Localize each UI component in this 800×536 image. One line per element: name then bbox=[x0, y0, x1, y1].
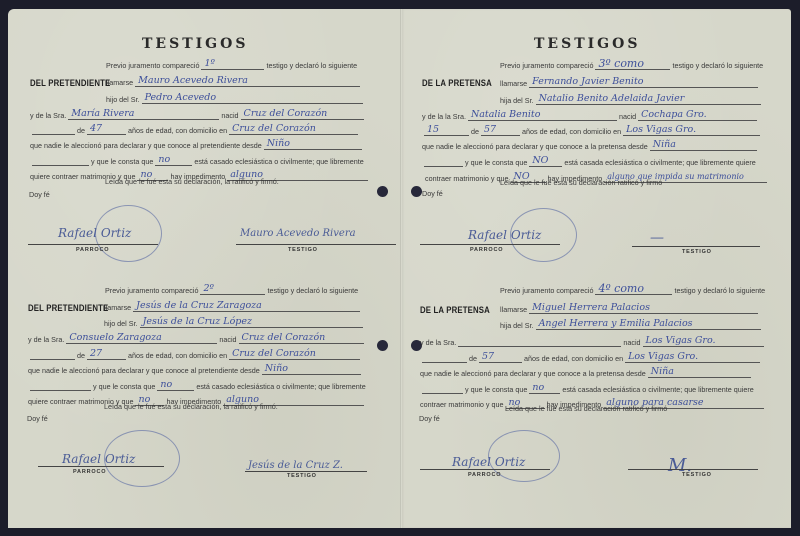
consta-line: y que le consta que NO está casada ecles… bbox=[422, 156, 756, 167]
label: que nadie le aleccionó para declarar y q… bbox=[422, 142, 648, 151]
mother-field bbox=[458, 336, 621, 347]
label: Previo juramento compareció bbox=[106, 61, 199, 70]
doy-fe: Doy fé bbox=[419, 414, 440, 423]
domicile-field: Cruz del Corazón bbox=[229, 124, 358, 135]
madre-line: y de la Sra. María Rivera nacid Cruz del… bbox=[30, 109, 366, 120]
punch-hole bbox=[377, 340, 388, 351]
hijo-line: hijo del Sr. Pedro Acevedo bbox=[106, 93, 365, 104]
parroco-label: PARROCO bbox=[73, 469, 106, 475]
parroco-line bbox=[28, 244, 158, 245]
compareció-field: 4º como bbox=[595, 284, 672, 295]
testigo-label: TESTIGO bbox=[682, 472, 712, 478]
label: llamarse bbox=[106, 78, 133, 87]
testigo-line bbox=[245, 471, 367, 472]
edad-line: de 27 años de edad, con domicilio en Cru… bbox=[28, 349, 362, 360]
madre-line: y de la la Sra. Natalia Benito nacid Coc… bbox=[422, 110, 759, 121]
name-field: Mauro Acevedo Rivera bbox=[135, 76, 360, 87]
label: años de edad, con domicilio en bbox=[522, 127, 621, 136]
page-fold bbox=[400, 9, 402, 528]
role-label: DE LA PRETENSA bbox=[422, 78, 492, 89]
parroco-line bbox=[420, 469, 550, 470]
label: años de edad, con domicilio en bbox=[524, 354, 623, 363]
date-field bbox=[32, 124, 75, 135]
label: años de edad, con domicilio en bbox=[128, 126, 227, 135]
consta-field: no bbox=[157, 380, 194, 391]
label: contraer matrimonio y que bbox=[425, 174, 509, 183]
label: testigo y declaró lo siguiente bbox=[674, 286, 765, 295]
birthplace-field: Cruz del Corazón bbox=[239, 333, 364, 344]
mother-field: Natalia Benito bbox=[468, 110, 617, 121]
parroco-label: PARROCO bbox=[468, 472, 501, 478]
leida-text: Leída que le fué esta su declaración rat… bbox=[505, 404, 667, 413]
label: de bbox=[77, 351, 85, 360]
parroco-label: PARROCO bbox=[470, 247, 503, 253]
label: que nadie le aleccionó para declarar y q… bbox=[30, 141, 262, 150]
label: de bbox=[471, 127, 479, 136]
label: nacid bbox=[221, 111, 238, 120]
llamarse-line: llamarse Miguel Herrera Palacios bbox=[500, 303, 760, 314]
father-field: Natalio Benito Adelaida Javier bbox=[536, 94, 761, 105]
page-title-left: TESTIGOS bbox=[142, 36, 248, 52]
label: está casado eclesiástica o civilmente; q… bbox=[194, 157, 363, 166]
parroco-signature: Rafael Ortiz bbox=[58, 226, 131, 240]
llamarse-line: llamarse Fernando Javier Benito bbox=[500, 77, 760, 88]
since-field: Niño bbox=[264, 139, 362, 150]
doy-fe: Doy fé bbox=[27, 414, 48, 423]
hija-line: hija del Sr. Angel Herrera y Emilia Pala… bbox=[500, 319, 763, 330]
hija-line: hija del Sr. Natalio Benito Adelaida Jav… bbox=[500, 94, 763, 105]
birthplace-field: Cochapa Gro. bbox=[638, 110, 757, 121]
name-field: Miguel Herrera Palacios bbox=[529, 303, 758, 314]
label: testigo y declaró lo siguiente bbox=[267, 286, 358, 295]
since-field: Niña bbox=[648, 367, 751, 378]
compareció-line: Previo juramento compareció 3º como test… bbox=[500, 59, 763, 70]
testigo-label: TESTIGO bbox=[287, 473, 317, 479]
label: hija del Sr. bbox=[500, 321, 534, 330]
label: hijo del Sr. bbox=[106, 95, 140, 104]
testigo-line bbox=[632, 246, 760, 247]
madre-line: y de la Sra. Consuelo Zaragoza nacid Cru… bbox=[28, 333, 366, 344]
parroco-signature: Rafael Ortiz bbox=[452, 455, 525, 469]
page-title-right: TESTIGOS bbox=[534, 36, 640, 52]
father-field: Angel Herrera y Emilia Palacios bbox=[536, 319, 761, 330]
parroco-label: PARROCO bbox=[76, 247, 109, 253]
label: nacid bbox=[623, 338, 640, 347]
label: hijo del Sr. bbox=[104, 319, 138, 328]
compareció-field: 3º como bbox=[595, 59, 670, 70]
testigo-line bbox=[628, 469, 758, 470]
parroco-signature: Rafael Ortiz bbox=[468, 228, 541, 242]
domicile-field: Cruz del Corazón bbox=[229, 349, 360, 360]
date-field bbox=[30, 349, 75, 360]
consta-line: y que le consta que no está casada ecles… bbox=[420, 383, 754, 394]
blank-field bbox=[424, 156, 463, 167]
llamarse-line: llamarse Mauro Acevedo Rivera bbox=[106, 76, 362, 87]
age-field: 57 bbox=[479, 352, 522, 363]
label: de bbox=[469, 354, 477, 363]
consta-field: NO bbox=[529, 156, 562, 167]
name-field: Fernando Javier Benito bbox=[529, 77, 758, 88]
consta-field: no bbox=[529, 383, 560, 394]
label: y de la Sra. bbox=[30, 111, 66, 120]
role-label: DEL PRETENDIENTE bbox=[28, 303, 108, 314]
role-label: DE LA PRETENSA bbox=[420, 305, 490, 316]
age-field: 27 bbox=[87, 349, 126, 360]
domicile-field: Los Vigas Gro. bbox=[623, 125, 760, 136]
birthplace-field: Los Vigas Gro. bbox=[643, 336, 764, 347]
edad-line: de 57 años de edad, con domicilio en Los… bbox=[420, 352, 762, 363]
blank-field bbox=[32, 155, 89, 166]
label: que nadie le aleccionó para declarar y q… bbox=[28, 366, 260, 375]
desde-line: que nadie le aleccionó para declarar y q… bbox=[422, 140, 759, 151]
testigo-signature: — bbox=[650, 230, 664, 246]
llamarse-line: llamarse Jesús de la Cruz Zaragoza bbox=[104, 301, 362, 312]
testigo-label: TESTIGO bbox=[682, 249, 712, 255]
label: llamarse bbox=[104, 303, 131, 312]
compareció-line: Previo juramento compareció 4º como test… bbox=[500, 284, 765, 295]
birthplace-field: Cruz del Corazón bbox=[241, 109, 364, 120]
parroco-line bbox=[38, 466, 164, 467]
label: llamarse bbox=[500, 305, 527, 314]
father-field: Pedro Acevedo bbox=[142, 93, 363, 104]
label: Previo juramento compareció bbox=[500, 286, 593, 295]
label: y de la la Sra. bbox=[422, 112, 466, 121]
label: testigo y declaró lo siguiente bbox=[672, 61, 763, 70]
name-field: Jesús de la Cruz Zaragoza bbox=[133, 301, 360, 312]
testigo-signature: Mauro Acevedo Rivera bbox=[240, 228, 356, 239]
label: nacid bbox=[219, 335, 236, 344]
age-field: 57 bbox=[481, 125, 520, 136]
desde-line: que nadie le aleccionó para declarar y q… bbox=[420, 367, 753, 378]
mother-field: Consuelo Zaragoza bbox=[66, 333, 217, 344]
doy-fe: Doy fé bbox=[29, 190, 50, 199]
blank-field bbox=[422, 383, 463, 394]
mother-field: María Rivera bbox=[68, 109, 219, 120]
role-label: DEL PRETENDIENTE bbox=[30, 78, 110, 89]
date-field: 15 bbox=[424, 125, 469, 136]
since-field: Niña bbox=[650, 140, 757, 151]
label: y que le consta que bbox=[465, 158, 527, 167]
label: Previo juramento compareció bbox=[105, 286, 198, 295]
desde-line: que nadie le aleccionó para declarar y q… bbox=[28, 364, 363, 375]
label: y que le consta que bbox=[93, 382, 155, 391]
leida-text: Leída que le fué esta su declaración, la… bbox=[104, 402, 278, 411]
edad-line: 15 de 57 años de edad, con domicilio en … bbox=[422, 125, 762, 136]
parroco-line bbox=[420, 244, 560, 245]
label: nacid bbox=[619, 112, 636, 121]
label: y de la Sra. bbox=[28, 335, 64, 344]
label: contraer matrimonio y que bbox=[420, 400, 504, 409]
desde-line: que nadie le aleccionó para declarar y q… bbox=[30, 139, 364, 150]
hijo-line: hijo del Sr. Jesús de la Cruz López bbox=[104, 317, 365, 328]
testigo-label: TESTIGO bbox=[288, 247, 318, 253]
label: y que le consta que bbox=[91, 157, 153, 166]
label: que nadie le aleccionó para declarar y q… bbox=[420, 369, 646, 378]
label: de bbox=[77, 126, 85, 135]
label: está casado eclesiástica o civilmente; q… bbox=[196, 382, 365, 391]
leida-text: Leída que le fué esta su declaración, la… bbox=[105, 177, 279, 186]
label: llamarse bbox=[500, 79, 527, 88]
label: y de la Sra. bbox=[420, 338, 456, 347]
label: años de edad, con domicilio en bbox=[128, 351, 227, 360]
label: está casada eclesiástica o civilmente; q… bbox=[562, 385, 753, 394]
consta-field: no bbox=[155, 155, 192, 166]
compareció-field: 1º bbox=[201, 59, 264, 70]
compareció-field: 2º bbox=[200, 284, 265, 295]
parroco-signature: Rafael Ortiz bbox=[62, 452, 135, 466]
testigo-line bbox=[236, 244, 396, 245]
label: Previo juramento compareció bbox=[500, 61, 593, 70]
label: y que le consta que bbox=[465, 385, 527, 394]
doy-fe: Doy fé bbox=[422, 189, 443, 198]
age-field: 47 bbox=[87, 124, 126, 135]
madre-line: y de la Sra. nacid Los Vigas Gro. bbox=[420, 336, 766, 347]
consta-line: y que le consta que no está casado ecles… bbox=[30, 155, 364, 166]
testigo-signature: Jesús de la Cruz Z. bbox=[248, 460, 343, 471]
date-field bbox=[422, 352, 467, 363]
punch-hole bbox=[377, 186, 388, 197]
punch-hole bbox=[411, 186, 422, 197]
compareció-line: Previo juramento compareció 1º testigo y… bbox=[106, 59, 357, 70]
label: hija del Sr. bbox=[500, 96, 534, 105]
compareció-line: Previo juramento compareció 2º testigo y… bbox=[105, 284, 358, 295]
edad-line: de 47 años de edad, con domicilio en Cru… bbox=[30, 124, 360, 135]
since-field: Niño bbox=[262, 364, 361, 375]
father-field: Jesús de la Cruz López bbox=[140, 317, 363, 328]
label: testigo y declaró lo siguiente bbox=[266, 61, 357, 70]
consta-line: y que le consta que no está casado ecles… bbox=[28, 380, 366, 391]
leida-text: Leída que le fué esta su declaración rat… bbox=[500, 178, 662, 187]
domicile-field: Los Vigas Gro. bbox=[625, 352, 760, 363]
blank-field bbox=[30, 380, 91, 391]
label: está casada eclesiástica o civilmente; q… bbox=[564, 158, 755, 167]
